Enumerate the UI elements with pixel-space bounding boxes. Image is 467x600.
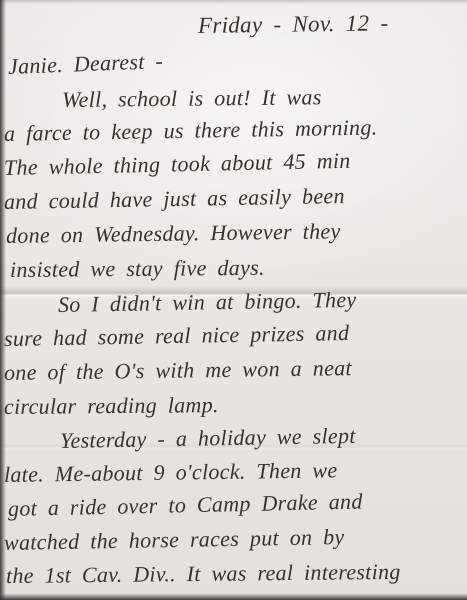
body-line-10: circular reading lamp.: [4, 391, 219, 421]
body-line-9: one of the O's with me won a neat: [4, 354, 352, 387]
body-line-8: sure had some real nice prizes and: [4, 319, 350, 353]
body-line-11: Yesterday - a holiday we slept: [60, 422, 356, 455]
body-line-3: The whole thing took about 45 min: [4, 147, 351, 182]
body-line-5: done on Wednesday. However they: [6, 217, 341, 250]
body-line-12: late. Me-about 9 o'clock. Then we: [4, 456, 338, 489]
scan-shadow-top: [0, 0, 467, 4]
body-line-1: Well, school is out! It was: [62, 83, 322, 114]
salutation: Janie. Dearest -: [7, 47, 163, 81]
date-line: Friday - Nov. 12 -: [198, 9, 389, 40]
body-line-2: a farce to keep us there this morning.: [4, 113, 378, 148]
letter-page: Friday - Nov. 12 - Janie. Dearest - Well…: [0, 0, 467, 600]
scan-shadow-left: [0, 0, 6, 600]
body-line-7: So I didn't win at bingo. They: [58, 286, 357, 319]
body-line-4: and could have just as easily been: [4, 182, 345, 216]
scan-shadow-bottom: [0, 593, 467, 600]
body-line-6: insisted we stay five days.: [10, 254, 265, 284]
body-line-13: got a ride over to Camp Drake and: [8, 488, 363, 523]
body-line-14: watched the horse races put on by: [4, 523, 345, 557]
body-line-15: the 1st Cav. Div.. It was real interesti…: [6, 558, 401, 590]
